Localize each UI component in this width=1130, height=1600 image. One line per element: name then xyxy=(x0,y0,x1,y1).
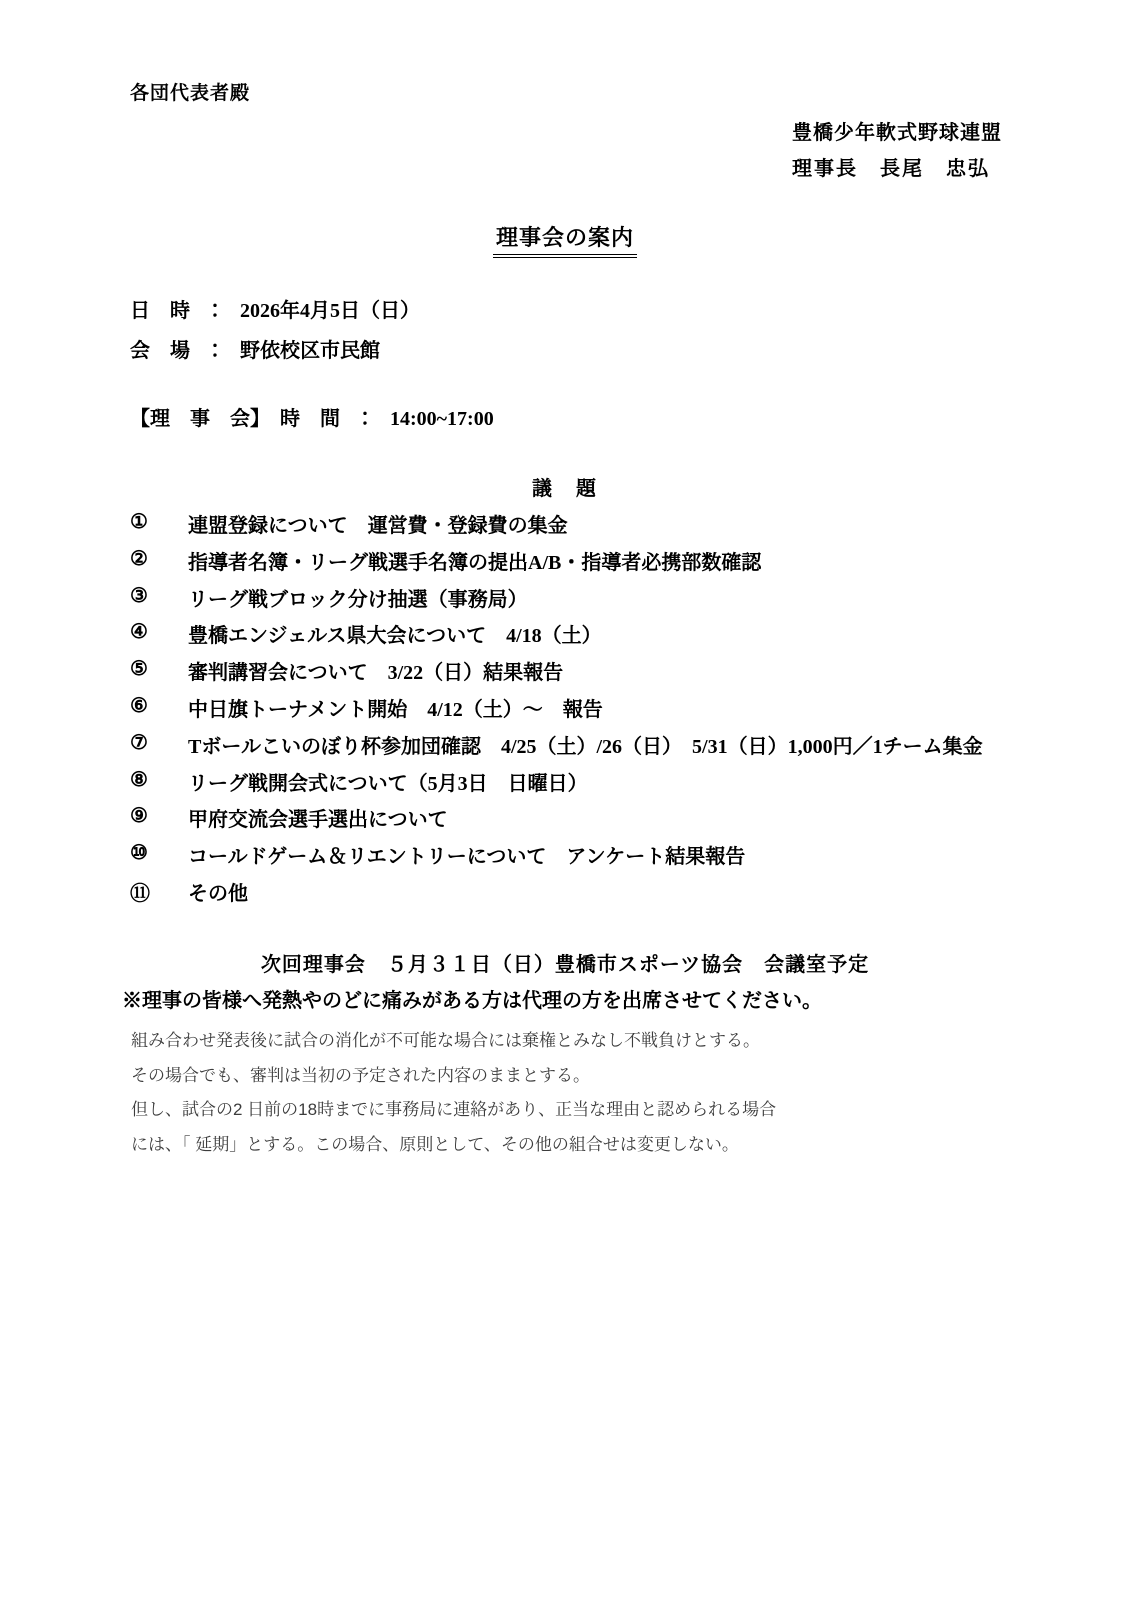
agenda-item-6: ⑥ 中日旗トーナメント開始 4/12（土）～ 報告 xyxy=(130,693,1100,730)
next-meeting-line: 次回理事会 ５月３１日（日）豊橋市スポーツ協会 会議室予定 xyxy=(0,948,1130,977)
agenda-item-number: ⑨ xyxy=(130,803,188,828)
agenda-item-8: ⑧ リーグ戦開会式について（5月3日 日曜日） xyxy=(130,767,1100,804)
agenda-item-number: ③ xyxy=(130,583,188,608)
agenda-item-text: 甲府交流会選手選出について xyxy=(188,803,448,832)
health-notice-line: ※理事の皆様へ発熱やのどに痛みがある方は代理の方を出席させてください。 xyxy=(122,984,822,1013)
agenda-heading: 議 題 xyxy=(0,472,1130,501)
chairman-name: 理事長 長尾 忠弘 xyxy=(792,152,990,181)
agenda-item-9: ⑨ 甲府交流会選手選出について xyxy=(130,803,1100,840)
venue-line: 会 場 ： 野依校区市民館 xyxy=(130,334,380,363)
agenda-item-text: コールドゲーム＆リエントリーについて アンケート結果報告 xyxy=(188,840,745,869)
agenda-item-number: ⑤ xyxy=(130,656,188,681)
agenda-item-5: ⑤ 審判講習会について 3/22（日）結果報告 xyxy=(130,656,1100,693)
agenda-item-11: ⑪ その他 xyxy=(130,877,1100,914)
agenda-item-text: リーグ戦ブロック分け抽選（事務局） xyxy=(188,583,528,612)
agenda-item-1: ① 連盟登録について 運営費・登録費の集金 xyxy=(130,509,1100,546)
agenda-item-text: 指導者名簿・リーグ戦選手名簿の提出A/B・指導者必携部数確認 xyxy=(188,546,761,575)
agenda-item-4: ④ 豊橋エンジェルス県大会について 4/18（土） xyxy=(130,619,1100,656)
agenda-item-number: ⑥ xyxy=(130,693,188,718)
agenda-item-text: リーグ戦開会式について（5月3日 日曜日） xyxy=(188,767,588,796)
page-title: 理事会の案内 xyxy=(493,221,637,258)
date-line: 日 時 ： 2026年4月5日（日） xyxy=(130,294,420,323)
meeting-time-line: 【理 事 会】 時 間 ： 14:00~17:00 xyxy=(130,402,494,431)
agenda-item-number: ⑧ xyxy=(130,767,188,792)
agenda-item-text: 審判講習会について 3/22（日）結果報告 xyxy=(188,656,563,685)
agenda-item-number: ⑩ xyxy=(130,840,188,865)
agenda-item-text: その他 xyxy=(188,877,248,906)
rule-line-2: その場合でも、審判は当初の予定された内容のままとする。 xyxy=(131,1059,776,1094)
agenda-item-text: 連盟登録について 運営費・登録費の集金 xyxy=(188,509,568,538)
agenda-item-3: ③ リーグ戦ブロック分け抽選（事務局） xyxy=(130,583,1100,620)
agenda-item-10: ⑩ コールドゲーム＆リエントリーについて アンケート結果報告 xyxy=(130,840,1100,877)
agenda-item-number: ② xyxy=(130,546,188,571)
organization-name: 豊橋少年軟式野球連盟 xyxy=(792,116,1002,145)
agenda-item-2: ② 指導者名簿・リーグ戦選手名簿の提出A/B・指導者必携部数確認 xyxy=(130,546,1100,583)
agenda-item-text: 豊橋エンジェルス県大会について 4/18（土） xyxy=(188,619,602,648)
agenda-item-text: 中日旗トーナメント開始 4/12（土）～ 報告 xyxy=(188,693,603,722)
agenda-item-number: ① xyxy=(130,509,188,534)
agenda-item-7: ⑦ Tボールこいのぼり杯参加団確認 4/25（土）/26（日） 5/31（日）1… xyxy=(130,730,1100,767)
agenda-item-number: ④ xyxy=(130,619,188,644)
rule-line-3: 但し、試合の2 日前の18時までに事務局に連絡があり、正当な理由と認められる場合 xyxy=(131,1093,776,1128)
rules-block: 組み合わせ発表後に試合の消化が不可能な場合には棄権とみなし不戦負けとする。 その… xyxy=(131,1024,776,1162)
agenda-item-number: ⑦ xyxy=(130,730,188,755)
agenda-item-number: ⑪ xyxy=(130,877,188,906)
document-page: 各団代表者殿 豊橋少年軟式野球連盟 理事長 長尾 忠弘 理事会の案内 日 時 ：… xyxy=(0,0,1130,1600)
rule-line-4: には、「 延期」とする。この場合、原則として、その他の組合せは変更しない。 xyxy=(131,1128,776,1163)
recipient-line: 各団代表者殿 xyxy=(130,78,250,105)
agenda-item-text: Tボールこいのぼり杯参加団確認 4/25（土）/26（日） 5/31（日）1,0… xyxy=(188,730,983,759)
agenda-list: ① 連盟登録について 運営費・登録費の集金 ② 指導者名簿・リーグ戦選手名簿の提… xyxy=(130,509,1100,914)
rule-line-1: 組み合わせ発表後に試合の消化が不可能な場合には棄権とみなし不戦負けとする。 xyxy=(131,1024,776,1059)
title-row: 理事会の案内 xyxy=(0,221,1130,258)
